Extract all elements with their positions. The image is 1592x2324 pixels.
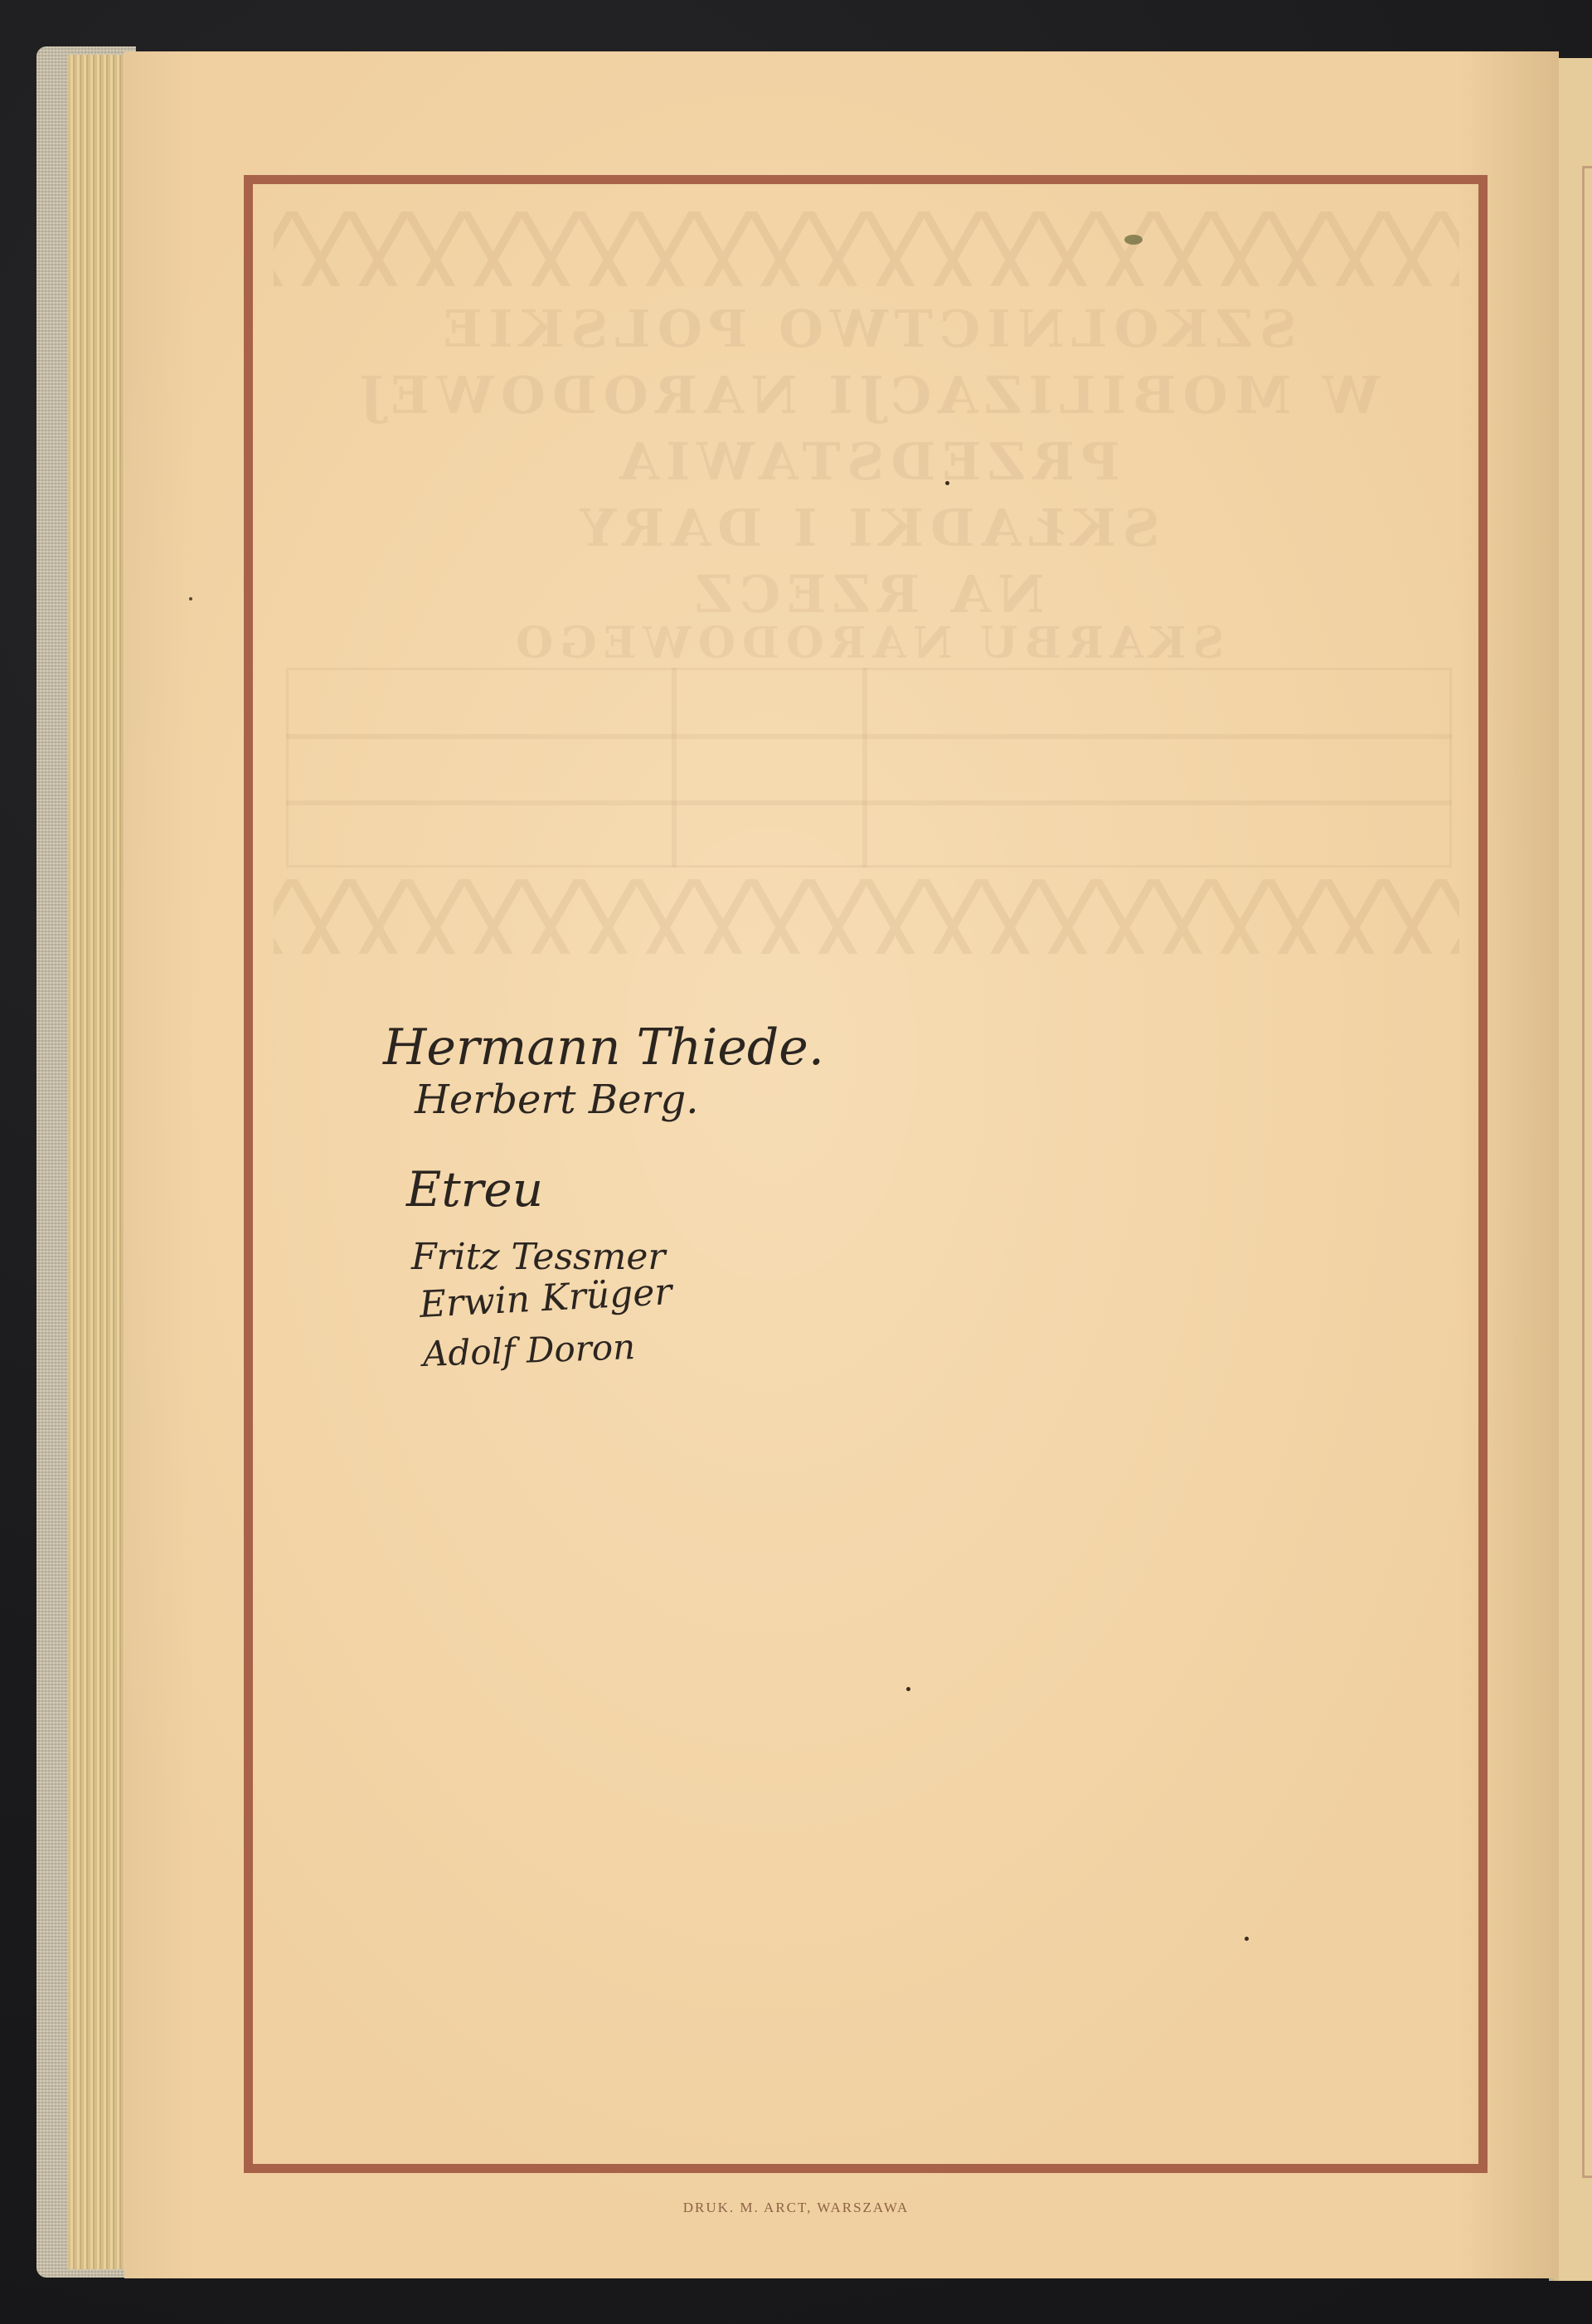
page-edges (68, 55, 131, 2269)
signature-etreu: Etreu (406, 1161, 543, 1218)
printer-imprint: DRUK. M. ARCT, WARSZAWA (0, 2200, 1592, 2216)
signature-hermann-thiede: Hermann Thiede. (383, 1019, 824, 1077)
signature-adolf-doron: Adolf Doron (422, 1326, 636, 1374)
signature-fritz-tessmer: Fritz Tessmer (411, 1236, 665, 1278)
facing-page-frame (1582, 166, 1592, 2178)
speck (189, 597, 192, 600)
signature-herbert-berg: Herbert Berg. (415, 1077, 698, 1123)
